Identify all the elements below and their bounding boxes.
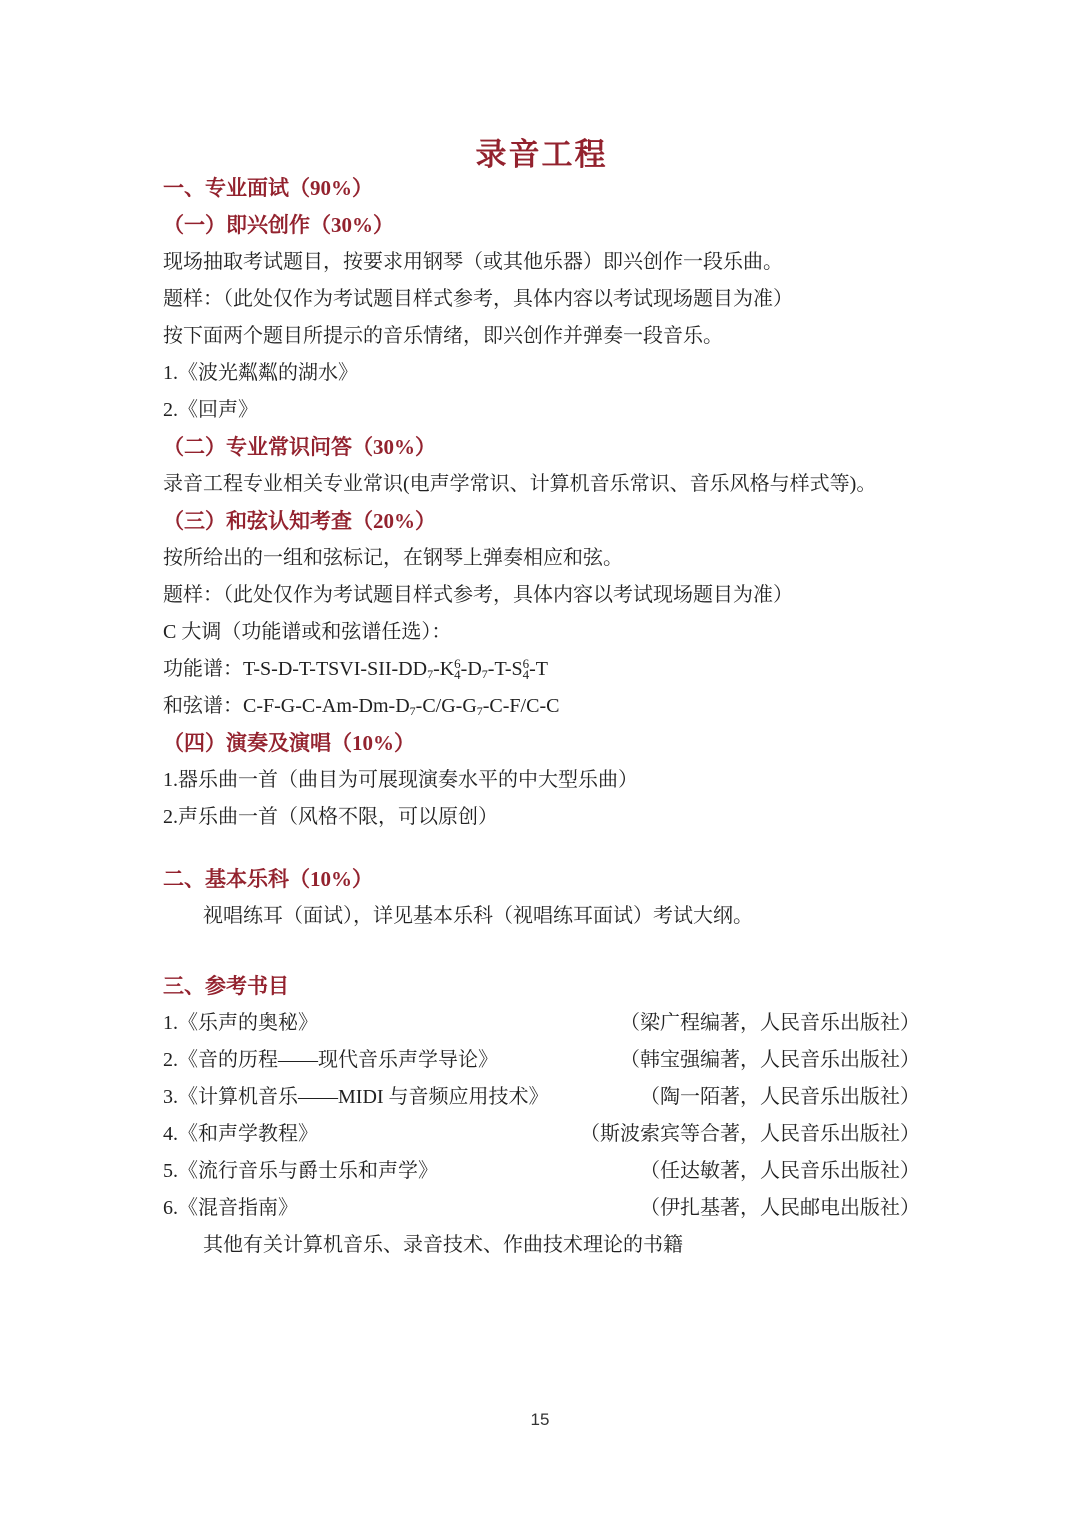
functional-segment: -T [529, 658, 548, 680]
list-item-topic-2: 2.《回声》 [163, 392, 920, 429]
book-title: 6.《混音指南》 [163, 1190, 298, 1227]
book-publisher: （韩宝强编著，人民音乐出版社） [620, 1042, 920, 1079]
list-item-topic-1: 1.《波光粼粼的湖水》 [163, 355, 920, 392]
paragraph-c-major-note: C 大调（功能谱或和弦谱任选）： [163, 614, 920, 651]
chord-segment: -C/G-G [416, 695, 477, 717]
chord-segment: C-F-G-C-Am-Dm-D [243, 695, 410, 717]
section-2-heading: 二、基本乐科（10%） [163, 861, 920, 898]
section-1-3-heading: （三）和弦认知考查（20%） [163, 503, 920, 540]
chord-notation-line: 和弦谱：C-F-G-C-Am-Dm-D7-C/G-G7-C-F/C-C [163, 688, 920, 725]
book-list-item: 1.《乐声的奥秘》 （梁广程编著，人民音乐出版社） [163, 1005, 920, 1042]
functional-segment: T-S-D-T-TSVI-SII-DD [243, 658, 427, 680]
book-title: 3.《计算机音乐——MIDI 与音频应用技术》 [163, 1079, 549, 1116]
paragraph-other-books: 其他有关计算机音乐、录音技术、作曲技术理论的书籍 [163, 1227, 920, 1264]
paragraph-chord-instruction: 按所给出的一组和弦标记，在钢琴上弹奏相应和弦。 [163, 540, 920, 577]
book-publisher: （斯波索宾等合著，人民音乐出版社） [580, 1116, 920, 1153]
book-list-item: 2.《音的历程——现代音乐声学导论》 （韩宝强编著，人民音乐出版社） [163, 1042, 920, 1079]
paragraph-improv-prompt: 按下面两个题目所提示的音乐情绪，即兴创作并弹奏一段音乐。 [163, 318, 920, 355]
book-list-item: 5.《流行音乐与爵士乐和声学》 （任达敏著，人民音乐出版社） [163, 1153, 920, 1190]
paragraph-solfeggio-note: 视唱练耳（面试），详见基本乐科（视唱练耳面试）考试大纲。 [163, 898, 920, 935]
list-item-vocal: 2.声乐曲一首（风格不限，可以原创） [163, 799, 920, 836]
paragraph-sample-note-1: 题样：（此处仅作为考试题目样式参考，具体内容以考试现场题目为准） [163, 281, 920, 318]
functional-segment: -T-S [488, 658, 523, 680]
chords-label: 和弦谱： [163, 695, 243, 717]
book-publisher: （陶一陌著，人民音乐出版社） [640, 1079, 920, 1116]
functional-notation-line: 功能谱：T-S-D-T-TSVI-SII-DD7-K64-D7-T-S64-T [163, 651, 920, 688]
paragraph-sample-note-2: 题样：（此处仅作为考试题目样式参考，具体内容以考试现场题目为准） [163, 577, 920, 614]
functional-label: 功能谱： [163, 658, 243, 680]
paragraph-improv-instruction: 现场抽取考试题目，按要求用钢琴（或其他乐器）即兴创作一段乐曲。 [163, 244, 920, 281]
book-list-item: 4.《和声学教程》 （斯波索宾等合著，人民音乐出版社） [163, 1116, 920, 1153]
section-1-2-heading: （二）专业常识问答（30%） [163, 429, 920, 466]
section-3-heading: 三、参考书目 [163, 968, 920, 1005]
section-1-4-heading: （四）演奏及演唱（10%） [163, 725, 920, 762]
page-number: 15 [0, 1410, 1080, 1430]
book-publisher: （任达敏著，人民音乐出版社） [640, 1153, 920, 1190]
book-title: 1.《乐声的奥秘》 [163, 1005, 318, 1042]
book-title: 2.《音的历程——现代音乐声学导论》 [163, 1042, 498, 1079]
book-title: 4.《和声学教程》 [163, 1116, 318, 1153]
functional-segment: -K [433, 658, 454, 680]
functional-segment: -D [461, 658, 482, 680]
page-title: 录音工程 [163, 139, 920, 170]
list-item-instrumental: 1.器乐曲一首（曲目为可展现演奏水平的中大型乐曲） [163, 762, 920, 799]
paragraph-knowledge-scope: 录音工程专业相关专业常识(电声学常识、计算机音乐常识、音乐风格与样式等)。 [163, 466, 920, 503]
book-publisher: （伊扎基著，人民邮电出版社） [640, 1190, 920, 1227]
chord-segment: -C-F/C-C [483, 695, 560, 717]
book-list-item: 6.《混音指南》 （伊扎基著，人民邮电出版社） [163, 1190, 920, 1227]
section-1-heading: 一、专业面试（90%） [163, 170, 920, 207]
book-publisher: （梁广程编著，人民音乐出版社） [620, 1005, 920, 1042]
document-page: 录音工程 一、专业面试（90%） （一）即兴创作（30%） 现场抽取考试题目，按… [0, 0, 1080, 1528]
section-1-1-heading: （一）即兴创作（30%） [163, 207, 920, 244]
book-list-item: 3.《计算机音乐——MIDI 与音频应用技术》 （陶一陌著，人民音乐出版社） [163, 1079, 920, 1116]
book-title: 5.《流行音乐与爵士乐和声学》 [163, 1153, 438, 1190]
